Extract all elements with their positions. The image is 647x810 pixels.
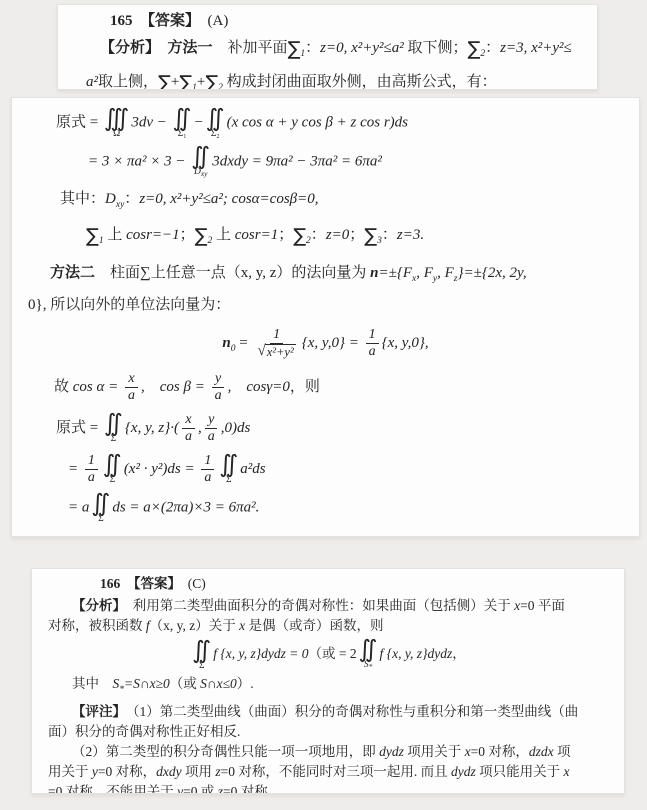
text-run: a	[369, 344, 376, 359]
text-run: ：	[485, 40, 500, 56]
problem-166-answer-line: 166 【答案】 (C)	[100, 574, 608, 594]
text-run: y	[215, 371, 221, 386]
sigma-symbol: ∑	[288, 38, 301, 60]
text-run: =S∩x≥0	[124, 676, 170, 691]
remark-line3: （2）第二类型的积分奇偶性只能一项一项地用，即 dydz 项用关于 x=0 对称…	[72, 742, 608, 762]
text-run: （1）第二类型曲线（曲面）积分的奇偶对称性与重积分和第一类型曲线（曲	[119, 704, 578, 719]
text-run: y	[208, 412, 214, 427]
integral-operator: ∬Σ	[91, 492, 110, 524]
text-run: 上	[104, 227, 127, 243]
text-run: 1	[204, 453, 211, 468]
text-run: 方法二	[50, 265, 95, 281]
text-run: =±{F	[379, 265, 413, 281]
integral-operator: ∬Σ₁	[173, 107, 192, 139]
analysis-166-line1: 【分析】 利用第二类型曲面积分的奇偶对称性：如果曲面（包括侧）关于 x=0 平面	[72, 596, 608, 616]
text-run: ）.	[237, 676, 254, 691]
text-run: x	[564, 764, 570, 779]
text-run: 取下侧；	[404, 40, 468, 56]
text-run: 补加平面	[213, 40, 288, 56]
text-run: =0 平面	[520, 598, 565, 613]
text-run: ，则	[290, 379, 320, 395]
card-problem-165-solution: 原式 = ∭Ω3dv − ∬Σ₁−∬Σ₂(x cos α + y cos β +…	[11, 97, 640, 537]
card-problem-165-header: 165 【答案】 (A)【分析】 方法一 补加平面∑1：z=0, x²+y²≤a…	[57, 4, 598, 90]
remark-line2: 面）积分的奇偶对称性正好相反.	[48, 722, 608, 742]
cos-values-line: ∑1 上 cosr=−1；∑2 上 cosr=1；∑2：z=0；∑3：z=3.	[86, 223, 623, 253]
text-run: dxdy	[156, 764, 181, 779]
text-run: dydz	[379, 744, 404, 759]
domain-note-line: 其中：Dxy：z=0, x²+y²≤a²; cosα=cosβ=0,	[60, 187, 623, 217]
text-run: 166	[100, 576, 120, 591]
formula-result: = a∬Σds = a×(2πa)×3 = 6πa².	[68, 492, 623, 524]
text-run: 1	[273, 327, 280, 342]
text-run: }=±{2x, 2y,	[458, 265, 527, 281]
fraction: xa	[125, 371, 138, 404]
text-run: =	[236, 335, 252, 351]
text-run: 利用第二类型曲面积分的奇偶对称性：如果曲面（包括侧）关于	[119, 598, 514, 613]
text-run: = 3 × πa² × 3 −	[88, 153, 189, 169]
text-run: z=3, x²+y²≤	[500, 40, 572, 56]
text-run: 165	[110, 13, 133, 29]
integral-operator: ∬Σ₂	[206, 107, 225, 139]
text-run: dzdx	[529, 744, 554, 759]
text-run: 项只能用关于	[476, 764, 564, 779]
text-run: ：	[382, 227, 397, 243]
text-run: cosr=−1	[126, 227, 180, 243]
text-run: a	[128, 388, 135, 403]
text-run: , cosγ=0	[228, 379, 290, 395]
text-run: 项用关于	[404, 744, 465, 759]
text-run: ，	[452, 646, 466, 661]
integral-operator: ∭Ω	[104, 107, 129, 139]
text-run: z=3.	[397, 227, 424, 243]
fraction: xa	[182, 412, 195, 445]
formula-evaluation: = 3 × πa² × 3 − ∬Dxy3dxdy = 9πa² − 3πa² …	[88, 145, 623, 179]
analysis-method1-line2: a²取上侧，∑+∑1+∑2 构成封闭曲面取外侧，由高斯公式，有：	[86, 70, 583, 90]
text-run: 1	[369, 327, 376, 342]
text-run: z=0, x²+y²≤a²	[320, 40, 404, 56]
method2-intro-line: 方法二 柱面∑上任意一点（x, y, z）的法向量为 n=±{Fx, Fy, F…	[50, 261, 623, 291]
text-run: D	[105, 191, 116, 207]
text-run: =0 对称，不能用关于	[48, 784, 177, 794]
text-run: =0 对称，	[471, 744, 529, 759]
text-run: ；	[180, 227, 195, 243]
text-run	[133, 13, 148, 29]
text-run: （x, y, z）关于	[150, 618, 240, 633]
s-star-definition-line: 其中 S*=S∩x≥0（或 S∩x≤0）.	[72, 674, 608, 700]
analysis-166-line2: 对称，被积函数 f（x, y, z）关于 x 是偶（或奇）函数，则	[48, 616, 608, 636]
text-run: 【分析】	[72, 598, 119, 613]
sigma-symbol: ∑	[364, 225, 377, 247]
integral-operator: ∬Σ	[219, 453, 238, 485]
problem-165-answer-line: 165 【答案】 (A)	[110, 12, 583, 31]
cos-components-line: 故 cos α = xa, cos β = ya, cosγ=0，则	[54, 371, 623, 404]
text-run: 其中	[72, 676, 113, 691]
text-run: 原式 =	[56, 114, 102, 130]
formula-gauss-expansion: 原式 = ∭Ω3dv − ∬Σ₁−∬Σ₂(x cos α + y cos β +…	[56, 107, 623, 139]
text-run: 【答案】	[148, 13, 193, 29]
sigma-symbol: ∑	[205, 72, 218, 90]
text-run: ,0)ds	[221, 420, 251, 436]
fraction: 1a	[201, 453, 214, 486]
text-run: ；	[278, 227, 293, 243]
text-run: （或 = 2	[308, 646, 356, 661]
text-run: 3dv −	[131, 114, 170, 130]
text-run: z=0	[326, 227, 349, 243]
document-page: 165 【答案】 (A)【分析】 方法一 补加平面∑1：z=0, x²+y²≤a…	[0, 0, 647, 810]
text-run: {x, y, z}·(	[125, 420, 179, 436]
text-run: {x, y,0} =	[302, 335, 363, 351]
text-run: x	[128, 371, 134, 386]
square-root: √x²+y²	[257, 344, 295, 360]
text-run: 上	[212, 227, 235, 243]
remark-line1: 【评注】 （1）第二类型曲线（曲面）积分的奇偶对称性与重积分和第一类型曲线（曲	[72, 702, 608, 722]
integral-operator: ∬Dxy	[191, 145, 210, 179]
text-run: 原式 =	[56, 420, 102, 436]
sigma-symbol: ∑	[293, 225, 306, 247]
text-run: a	[88, 470, 95, 485]
text-run: ds = a×(2πa)×3 = 6πa².	[112, 499, 259, 515]
integral-operator: ∬S*	[359, 638, 378, 672]
text-run: 项	[554, 744, 571, 759]
text-run: 【分析】	[100, 40, 153, 56]
text-run: f {x, y, z}dydz	[380, 646, 453, 661]
fraction: 1a	[366, 327, 379, 360]
text-run: 【答案】	[134, 576, 175, 591]
text-run: 其中：	[60, 191, 105, 207]
text-run: (x cos α + y cos β + z cos r)ds	[227, 114, 408, 130]
text-run: 故	[54, 379, 73, 395]
text-run: =0 对称，	[98, 764, 156, 779]
text-run: , F	[416, 265, 433, 281]
sigma-symbol: ∑	[86, 225, 99, 247]
text-run: (C)	[174, 576, 206, 591]
text-run: =0 对称.	[223, 784, 271, 794]
remark-line5: =0 对称，不能用关于 y=0 或 z=0 对称.	[48, 782, 608, 794]
text-run: 对称，被积函数	[48, 618, 146, 633]
text-run: （或	[170, 676, 200, 691]
fraction: ya	[212, 371, 225, 404]
text-run: 1	[88, 453, 95, 468]
text-run: ；	[349, 227, 364, 243]
text-run: a	[204, 470, 211, 485]
text-run: cosr=1	[235, 227, 278, 243]
text-run: {x, y,0},	[382, 335, 429, 351]
formula-surface-integral: 原式 = ∬Σ{x, y, z}·(xa,ya,0)ds	[56, 412, 623, 445]
fraction: ya	[205, 412, 218, 445]
text-run: 构成封闭曲面取外侧，由高斯公式，有：	[223, 74, 497, 90]
text-run: 项用	[182, 764, 216, 779]
text-run: cos α =	[73, 379, 122, 395]
text-run: ：	[305, 40, 320, 56]
integral-operator: ∬Σ	[104, 412, 123, 444]
text-run: 柱面∑上任意一点（x, y, z）的法向量为	[95, 265, 370, 281]
formula-simplify: = 1a∬Σ(x² · y²)ds = 1a∬Σa²ds	[68, 453, 623, 486]
text-run: (A)	[193, 13, 229, 29]
text-run: a²ds	[240, 461, 265, 477]
text-run: 是偶（或奇）函数，则	[245, 618, 383, 633]
text-run: 3dxdy = 9πa² − 3πa² = 6πa²	[212, 153, 382, 169]
text-run: 用关于	[48, 764, 92, 779]
text-run: 【评注】	[72, 704, 119, 719]
text-run: = a	[68, 499, 89, 515]
text-run: a²	[86, 74, 98, 90]
sigma-symbol: ∑	[468, 38, 481, 60]
text-run: =	[68, 461, 82, 477]
text-run: , cos β =	[141, 379, 209, 395]
text-run: a	[185, 429, 192, 444]
text-run: (x² · y²)ds =	[124, 461, 199, 477]
formula-symmetry: ∬Σf {x, y, z}dydz = 0（或 = 2∬S*f {x, y, z…	[48, 638, 608, 672]
integral-operator: ∬Σ	[103, 453, 122, 485]
card-problem-166: 166 【答案】 (C)【分析】 利用第二类型曲面积分的奇偶对称性：如果曲面（包…	[31, 568, 625, 794]
text-run: −	[194, 114, 204, 130]
text-run: 0}, 所以向外的单位法向量为：	[28, 297, 230, 313]
sigma-symbol: ∑	[179, 72, 192, 90]
text-run: （2）第二类型的积分奇偶性只能一项一项地用，即	[72, 744, 379, 759]
fraction: 1a	[85, 453, 98, 486]
text-run: ,	[198, 420, 202, 436]
fraction: 1√x²+y²	[254, 327, 298, 360]
remark-line4: 用关于 y=0 对称，dxdy 项用 z=0 对称，不能同时对三项一起用. 而且…	[48, 762, 608, 782]
text-run: dydz	[451, 764, 476, 779]
text-run: 取上侧，	[98, 74, 158, 90]
text-run: ：	[124, 191, 139, 207]
text-run: x	[185, 412, 191, 427]
text-run: 方法一	[168, 40, 213, 56]
analysis-method1-line: 【分析】 方法一 补加平面∑1：z=0, x²+y²≤a² 取下侧；∑2：z=3…	[100, 36, 583, 67]
method2-intro-line2: 0}, 所以向外的单位法向量为：	[28, 293, 623, 317]
text-run: 面）积分的奇偶对称性正好相反.	[48, 724, 240, 739]
text-run: z=0, x²+y²≤a²; cosα=cosβ=0,	[139, 191, 318, 207]
text-run	[153, 40, 168, 56]
integral-operator: ∬Σ	[192, 639, 211, 671]
text-run: n	[370, 265, 378, 281]
text-run: f {x, y, z}dydz = 0	[213, 646, 308, 661]
text-run: S∩x≤0	[200, 676, 237, 691]
text-run: =0 对称，不能同时对三项一起用. 而且	[221, 764, 451, 779]
text-run	[120, 576, 134, 591]
sigma-symbol: ∑	[195, 225, 208, 247]
text-run: a	[208, 429, 215, 444]
text-run: =0 或	[183, 784, 218, 794]
text-run: ：	[311, 227, 326, 243]
formula-unit-normal: n0 = 1√x²+y²{x, y,0} = 1a{x, y,0},	[28, 327, 623, 361]
text-run: a	[215, 388, 222, 403]
sigma-symbol: ∑	[158, 72, 171, 90]
text-run: n	[222, 335, 230, 351]
text-run: , F	[437, 265, 454, 281]
